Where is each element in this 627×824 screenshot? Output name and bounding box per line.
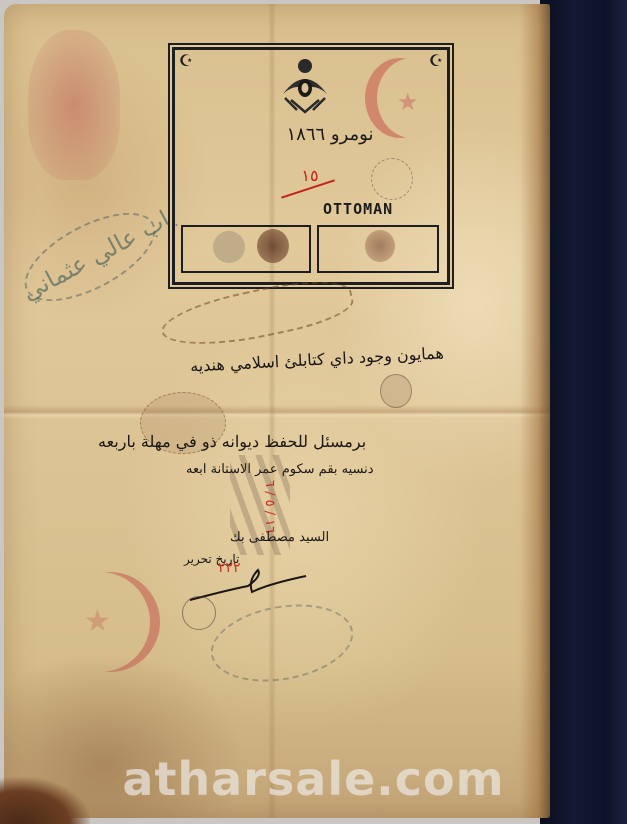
red-star-icon: ★ <box>397 88 419 116</box>
crescent-star-icon: ☪ <box>427 52 445 70</box>
faded-round-seal <box>371 158 413 200</box>
horizontal-fold <box>4 405 550 419</box>
red-date: ١٦ / ٥ / ٦ <box>262 480 277 533</box>
seal-panel-left <box>181 225 311 273</box>
text-line-4: السيد مصطفى بك <box>230 530 329 545</box>
text-line-2: برمسئل للحفظ ديوانه ذو في مهلة باربعه <box>98 432 366 451</box>
ottoman-stamp-label: OTTOMAN <box>323 200 393 218</box>
red-star-icon: ★ <box>84 604 111 639</box>
torn-right-edge <box>520 4 550 818</box>
red-annotation: ١٥ <box>275 166 345 185</box>
serial-number: نومرو ١٨٦٦ <box>255 124 405 145</box>
velvet-background <box>540 0 627 824</box>
ottoman-coat-of-arms-icon <box>277 54 333 116</box>
document-photo: باب عالي عثماني ☪ ☪ ★ نومرو ١٨٦٦ ١٥ OTTO… <box>0 0 627 824</box>
red-tughra-stamp <box>28 30 120 180</box>
brown-seal <box>365 230 395 262</box>
small-round-seal <box>380 374 412 408</box>
document-header-frame: ☪ ☪ ★ نومرو ١٨٦٦ ١٥ OTTOMAN <box>172 47 450 285</box>
bottom-round-seal <box>182 596 216 630</box>
brown-seal <box>257 229 289 263</box>
seal-panel-right <box>317 225 439 273</box>
watermark: atharsale.com <box>0 752 627 806</box>
crescent-star-icon: ☪ <box>177 52 195 70</box>
grey-seal <box>213 231 245 263</box>
